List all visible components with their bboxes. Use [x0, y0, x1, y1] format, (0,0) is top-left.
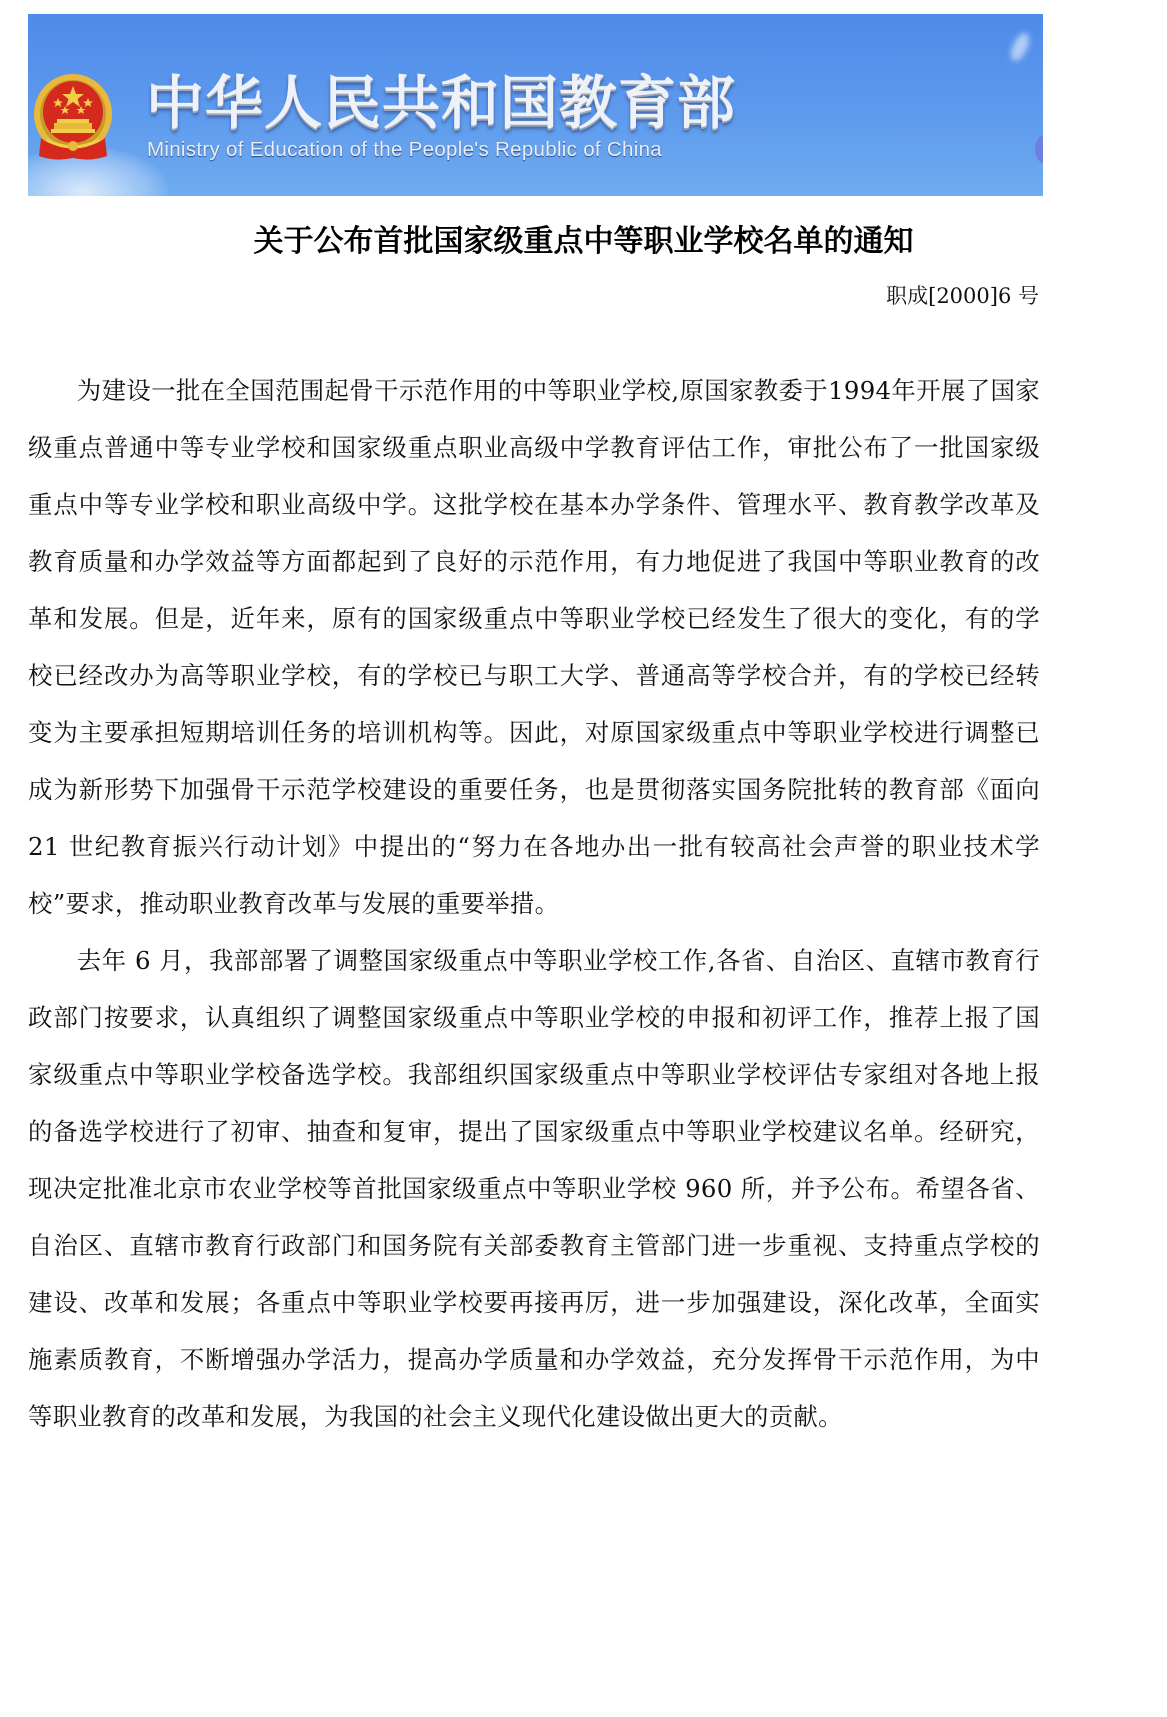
national-emblem-icon: [33, 72, 113, 164]
light-streak-decoration: [1007, 30, 1032, 63]
ministry-name-en: Ministry of Education of the People's Re…: [147, 138, 662, 162]
document-title: 关于公布首批国家级重点中等职业学校名单的通知: [0, 220, 1167, 264]
ministry-name-cn: 中华人民共和国教育部: [146, 70, 736, 136]
paragraph: 去年 6 月，我部部署了调整国家级重点中等职业学校工作,各省、自治区、直辖市教育…: [28, 932, 1040, 1445]
document-number: 职成[2000]6 号: [886, 279, 1039, 313]
paragraph: 为建设一批在全国范围起骨干示范作用的中等职业学校,原国家教委于1994年开展了国…: [28, 362, 1040, 932]
edge-decoration: [1035, 134, 1043, 164]
document-body: 为建设一批在全国范围起骨干示范作用的中等职业学校,原国家教委于1994年开展了国…: [28, 362, 1040, 1445]
